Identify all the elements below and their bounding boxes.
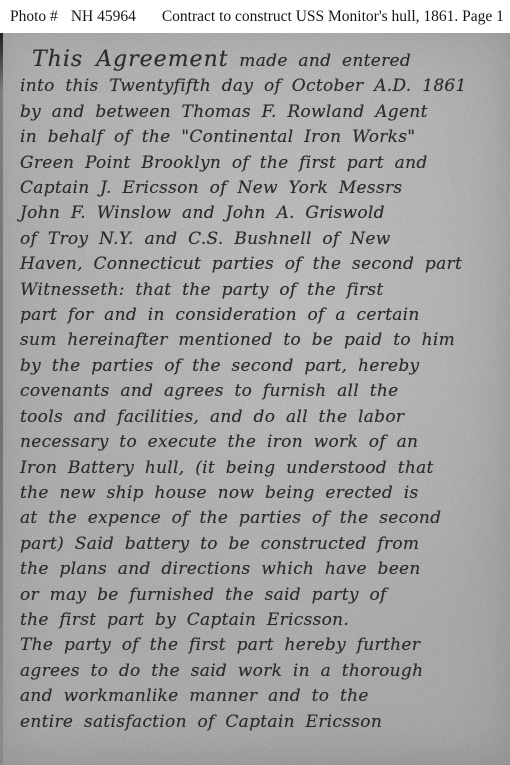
handwritten-line: necessary to execute the iron work of an xyxy=(20,430,498,455)
handwritten-line: and workmanlike manner and to the xyxy=(20,684,498,709)
handwritten-line: at the expence of the parties of the sec… xyxy=(20,506,498,531)
handwritten-line: Captain J. Ericsson of New York Messrs xyxy=(20,176,498,201)
handwritten-line: covenants and agrees to furnish all the xyxy=(20,379,498,404)
handwritten-line: in behalf of the "Continental Iron Works… xyxy=(20,125,498,150)
handwritten-line: of Troy N.Y. and C.S. Bushnell of New xyxy=(20,227,498,252)
handwritten-line: or may be furnished the said party of xyxy=(20,583,498,608)
handwritten-line: by and between Thomas F. Rowland Agent xyxy=(20,100,498,125)
handwritten-line: sum hereinafter mentioned to be paid to … xyxy=(20,328,498,353)
handwritten-line: This Agreement made and entered xyxy=(20,47,498,74)
photo-number-label: Photo # xyxy=(10,8,58,26)
handwritten-line: Green Point Brooklyn of the first part a… xyxy=(20,151,498,176)
handwritten-line: John F. Winslow and John A. Griswold xyxy=(20,201,498,226)
handwritten-line: agrees to do the said work in a thorough xyxy=(20,659,498,684)
photo-number-value: NH 45964 xyxy=(71,8,136,26)
handwritten-line: Iron Battery hull, (it being understood … xyxy=(20,456,498,481)
handwritten-line: the new ship house now being erected is xyxy=(20,481,498,506)
photo-page: Photo # NH 45964 Contract to construct U… xyxy=(0,0,510,765)
handwritten-line: the first part by Captain Ericsson. xyxy=(20,608,498,633)
handwritten-line: entire satisfaction of Captain Ericsson xyxy=(20,710,498,735)
handwritten-line: the plans and directions which have been xyxy=(20,557,498,582)
handwritten-line: The party of the first part hereby furth… xyxy=(20,633,498,658)
handwritten-line: Witnesseth: that the party of the first xyxy=(20,278,498,303)
photo-caption: Contract to construct USS Monitor's hull… xyxy=(162,8,504,26)
handwritten-line: by the parties of the second part, hereb… xyxy=(20,354,498,379)
handwritten-line: part for and in consideration of a certa… xyxy=(20,303,498,328)
document-photo: This Agreement made and enteredinto this… xyxy=(0,33,510,765)
document-lines: This Agreement made and enteredinto this… xyxy=(20,47,498,735)
handwritten-line: part) Said battery to be constructed fro… xyxy=(20,532,498,557)
handwritten-line: Haven, Connecticut parties of the second… xyxy=(20,252,498,277)
handwritten-line: tools and facilities, and do all the lab… xyxy=(20,405,498,430)
handwritten-line: into this Twentyfifth day of October A.D… xyxy=(20,74,498,99)
caption-bar: Photo # NH 45964 Contract to construct U… xyxy=(0,0,510,33)
